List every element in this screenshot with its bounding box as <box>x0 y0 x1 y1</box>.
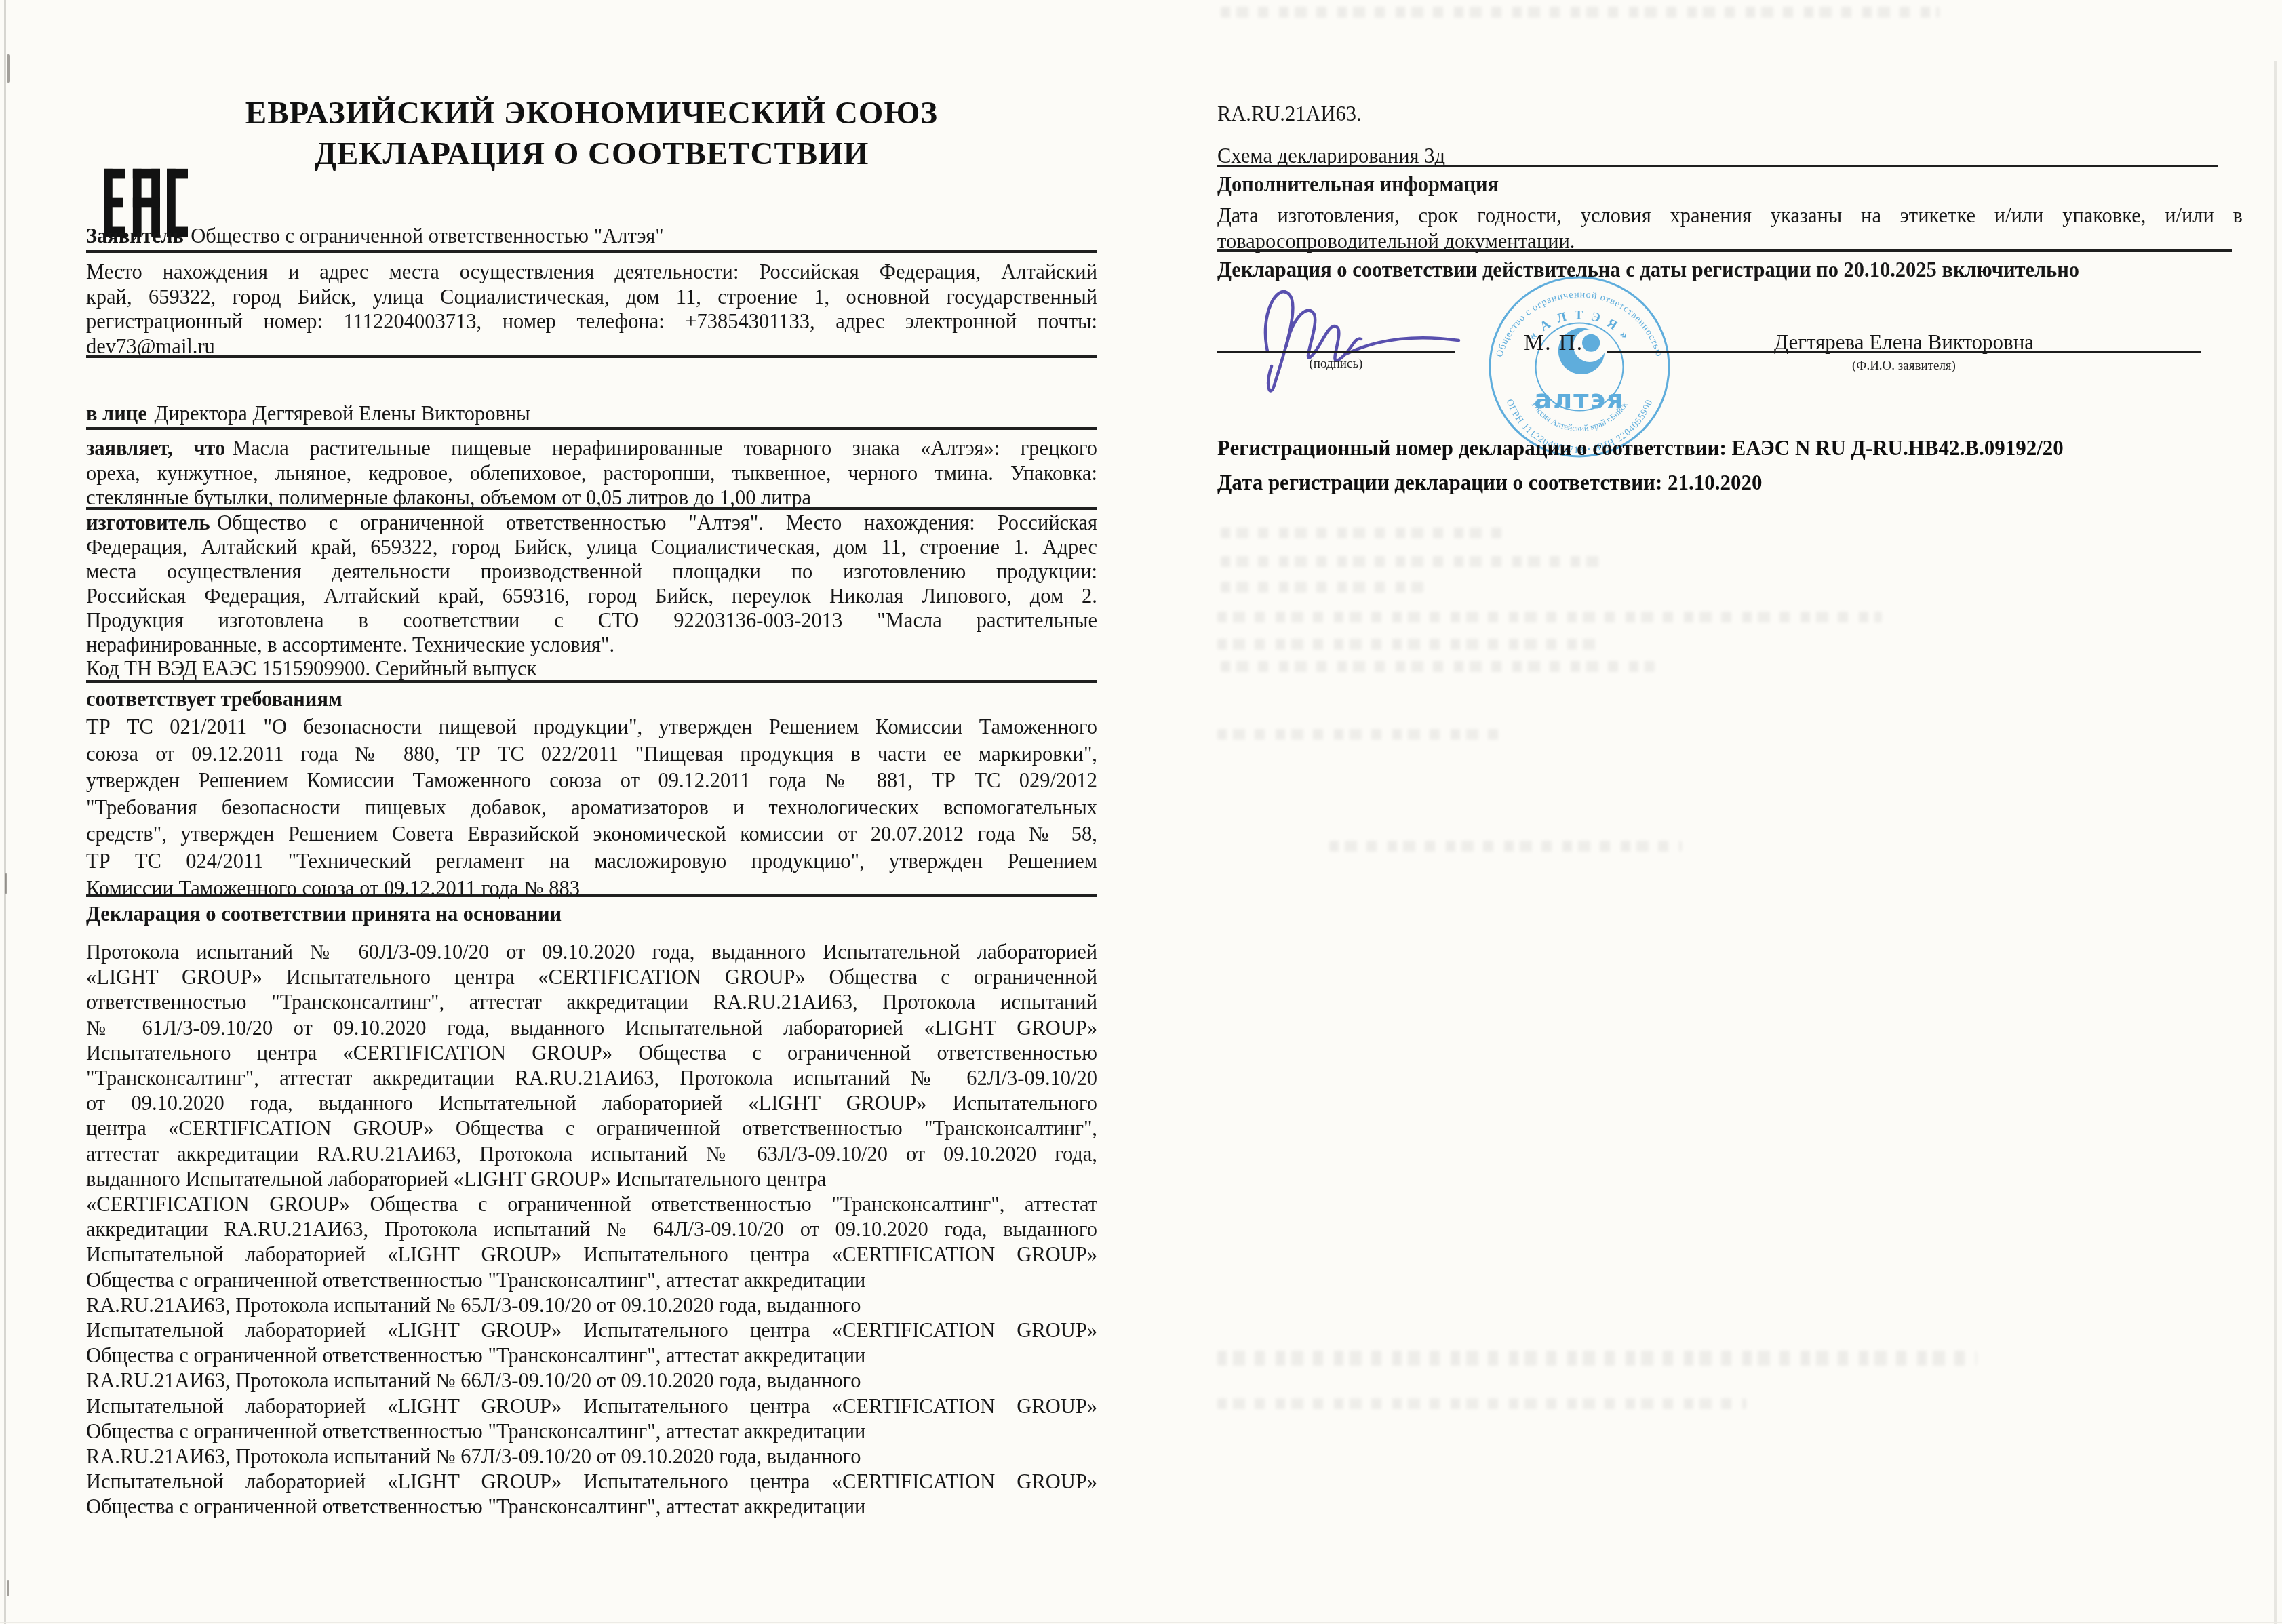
basis-line: RA.RU.21АИ63, Протокола испытаний № 65Л/… <box>86 1293 1097 1318</box>
rule <box>86 507 1097 510</box>
requirement-line: союза от 09.12.2011 года № 880, ТР ТС 02… <box>86 741 1097 768</box>
declares-line: ореха, кунжутное, льняное, кедровое, обл… <box>86 461 1097 486</box>
manufacturer-line: Российская Федерация, Алтайский край, 65… <box>86 584 1097 608</box>
basis-line: «LIGHT GROUP» Испытательного центра «CER… <box>86 965 1097 990</box>
scan-edge-right <box>2274 61 2277 1624</box>
basis-line: Испытательной лабораторией «LIGHT GROUP»… <box>86 1242 1097 1267</box>
manufacturer-label: изготовитель <box>86 511 210 534</box>
stamp-place-mark: М. П. <box>1524 331 1583 356</box>
ghost-text-artifact <box>1329 841 1682 852</box>
rule <box>86 680 1097 683</box>
in-person-label: в лице <box>86 402 147 425</box>
basis-line: центра «CERTIFICATION GROUP» Общества с … <box>86 1116 1097 1141</box>
registration-date-line: Дата регистрации декларации о соответств… <box>1217 471 1763 495</box>
basis-line: "Трансконсалтинг", аттестат аккредитации… <box>86 1066 1097 1091</box>
basis-heading: Декларация о соответствии принята на осн… <box>86 902 1097 927</box>
in-person-value: Директора Дегтяревой Елены Викторовны <box>155 402 530 425</box>
scan-speck <box>5 873 7 894</box>
requirement-line: Комиссии Таможенного союза от 09.12.2011… <box>86 875 1097 903</box>
ghost-text-artifact <box>1221 556 1600 567</box>
basis-line: выданного Испытательной лабораторией «LI… <box>86 1167 1097 1192</box>
left-page: ЕВРАЗИЙСКИЙ ЭКОНОМИЧЕСКИЙ СОЮЗ ДЕКЛАРАЦИ… <box>86 0 1097 1624</box>
basis-line: Общества с ограниченной ответственностью… <box>86 1494 1097 1520</box>
basis-paragraph: Протокола испытаний № 60Л/3-09.10/20 от … <box>86 940 1097 1520</box>
applicant-value: Общество с ограниченной ответственностью… <box>191 224 663 247</box>
address-line: регистрационный номер: 1112204003713, но… <box>86 309 1097 334</box>
requirement-line: ТР ТС 024/2011 "Технический регламент на… <box>86 848 1097 875</box>
complies-heading: соответствует требованиям <box>86 687 1097 712</box>
requirements-paragraph: ТР ТС 021/2011 "О безопасности пищевой п… <box>86 714 1097 902</box>
signature-line <box>1217 351 1455 353</box>
requirement-line: средств", утвержден Решением Совета Евра… <box>86 821 1097 848</box>
applicant-line: ЗаявительОбщество с ограниченной ответст… <box>86 224 1097 249</box>
applicant-label: Заявитель <box>86 224 184 247</box>
document-title: ДЕКЛАРАЦИЯ О СООТВЕТСТВИИ <box>86 136 1097 172</box>
ghost-text-artifact <box>1217 729 1502 740</box>
rule <box>86 355 1097 358</box>
manufacturer-paragraph: изготовительОбщество с ограниченной отве… <box>86 511 1097 657</box>
ghost-text-artifact <box>1217 1398 1746 1409</box>
requirement-line: "Требования безопасности пищевых добавок… <box>86 795 1097 822</box>
manufacturer-line: Продукция изготовлена в соответствии с С… <box>86 608 1097 633</box>
ghost-text-artifact <box>1221 7 1940 18</box>
requirement-line: утвержден Решением Комиссии Таможенного … <box>86 768 1097 795</box>
additional-info-heading: Дополнительная информация <box>1217 172 2243 197</box>
basis-line: Общества с ограниченной ответственностью… <box>86 1343 1097 1368</box>
signature-caption: (подпись) <box>1217 357 1455 372</box>
basis-line: № 61Л/3-09.10/20 от 09.10.2020 года, выд… <box>86 1016 1097 1041</box>
rule <box>86 250 1097 253</box>
registration-number-line: Регистрационный номер декларации о соотв… <box>1217 436 2064 460</box>
basis-line: ответственностью "Трансконсалтинг", атте… <box>86 990 1097 1015</box>
basis-line: Общества с ограниченной ответственностью… <box>86 1268 1097 1293</box>
declares-paragraph: заявляет, чтоМасла растительные пищевые … <box>86 436 1097 511</box>
rule <box>86 427 1097 430</box>
address-line: Место нахождения и адрес места осуществл… <box>86 260 1097 285</box>
fio-caption: (Ф.И.О. заявителя) <box>1607 359 2201 374</box>
handwritten-signature <box>1244 271 1468 397</box>
accreditation-tail-line: RA.RU.21АИ63. <box>1217 102 2243 127</box>
in-person-line: в лицеДиректора Дегтяревой Елены Викторо… <box>86 401 1097 427</box>
ghost-text-artifact <box>1221 582 1424 593</box>
rule <box>1217 249 2232 252</box>
declaration-scan-page: ЕВРАЗИЙСКИЙ ЭКОНОМИЧЕСКИЙ СОЮЗ ДЕКЛАРАЦИ… <box>0 0 2282 1624</box>
applicant-address: Место нахождения и адрес места осуществл… <box>86 260 1097 359</box>
scan-speck <box>7 1580 9 1596</box>
tnved-line: Код ТН ВЭД ЕАЭС 1515909900. Серийный вып… <box>86 656 1097 681</box>
ghost-text-artifact <box>1217 639 1597 650</box>
declares-label: заявляет, что <box>86 437 225 460</box>
ghost-text-artifact <box>1217 612 1882 622</box>
rule <box>1217 165 2218 167</box>
basis-line: RA.RU.21АИ63, Протокола испытаний № 67Л/… <box>86 1444 1097 1469</box>
scan-edge-bottom <box>0 1622 2282 1623</box>
basis-line: Протокола испытаний № 60Л/3-09.10/20 от … <box>86 940 1097 965</box>
basis-line: Испытательной лабораторией «LIGHT GROUP»… <box>86 1318 1097 1343</box>
manufacturer-line: нерафинированные, в ассортименте. Технич… <box>86 633 1097 657</box>
address-line: край, 659322, город Бийск, улица Социали… <box>86 285 1097 310</box>
manufacturer-line: Федерация, Алтайский край, 659322, город… <box>86 535 1097 559</box>
basis-line: аккредитации RA.RU.21АИ63, Протокола исп… <box>86 1217 1097 1242</box>
declares-line: заявляет, чтоМасла растительные пищевые … <box>86 436 1097 461</box>
basis-line: Испытательной лабораторией «LIGHT GROUP»… <box>86 1394 1097 1419</box>
scan-speck <box>7 54 10 83</box>
ghost-text-artifact <box>1221 528 1512 538</box>
fio-line <box>1607 351 2201 353</box>
requirement-line: ТР ТС 021/2011 "О безопасности пищевой п… <box>86 714 1097 741</box>
rule <box>86 894 1097 897</box>
manufacturer-line: места осуществления деятельности произво… <box>86 559 1097 584</box>
stamp-center-word: алтэя <box>1534 384 1624 415</box>
basis-line: аттестат аккредитации RA.RU.21АИ63, Прот… <box>86 1142 1097 1167</box>
union-title: ЕВРАЗИЙСКИЙ ЭКОНОМИЧЕСКИЙ СОЮЗ <box>86 95 1097 132</box>
basis-line: Общества с ограниченной ответственностью… <box>86 1419 1097 1444</box>
additional-info-paragraph: Дата изготовления, срок годности, услови… <box>1217 203 2243 254</box>
basis-line: «CERTIFICATION GROUP» Общества с огранич… <box>86 1192 1097 1217</box>
basis-line: Испытательного центра «CERTIFICATION GRO… <box>86 1041 1097 1066</box>
manufacturer-line: изготовительОбщество с ограниченной отве… <box>86 511 1097 535</box>
additional-info-line: Дата изготовления, срок годности, услови… <box>1217 203 2243 229</box>
scan-edge-left <box>4 0 6 1624</box>
right-page: RA.RU.21АИ63. Схема декларирования 3д До… <box>1217 0 2243 1624</box>
basis-line: RA.RU.21АИ63, Протокола испытаний № 66Л/… <box>86 1368 1097 1393</box>
basis-line: Испытательной лабораторией «LIGHT GROUP»… <box>86 1469 1097 1494</box>
ghost-text-artifact <box>1217 1351 1977 1366</box>
basis-line: от 09.10.2020 года, выданного Испытатель… <box>86 1091 1097 1116</box>
ghost-text-artifact <box>1221 661 1655 672</box>
